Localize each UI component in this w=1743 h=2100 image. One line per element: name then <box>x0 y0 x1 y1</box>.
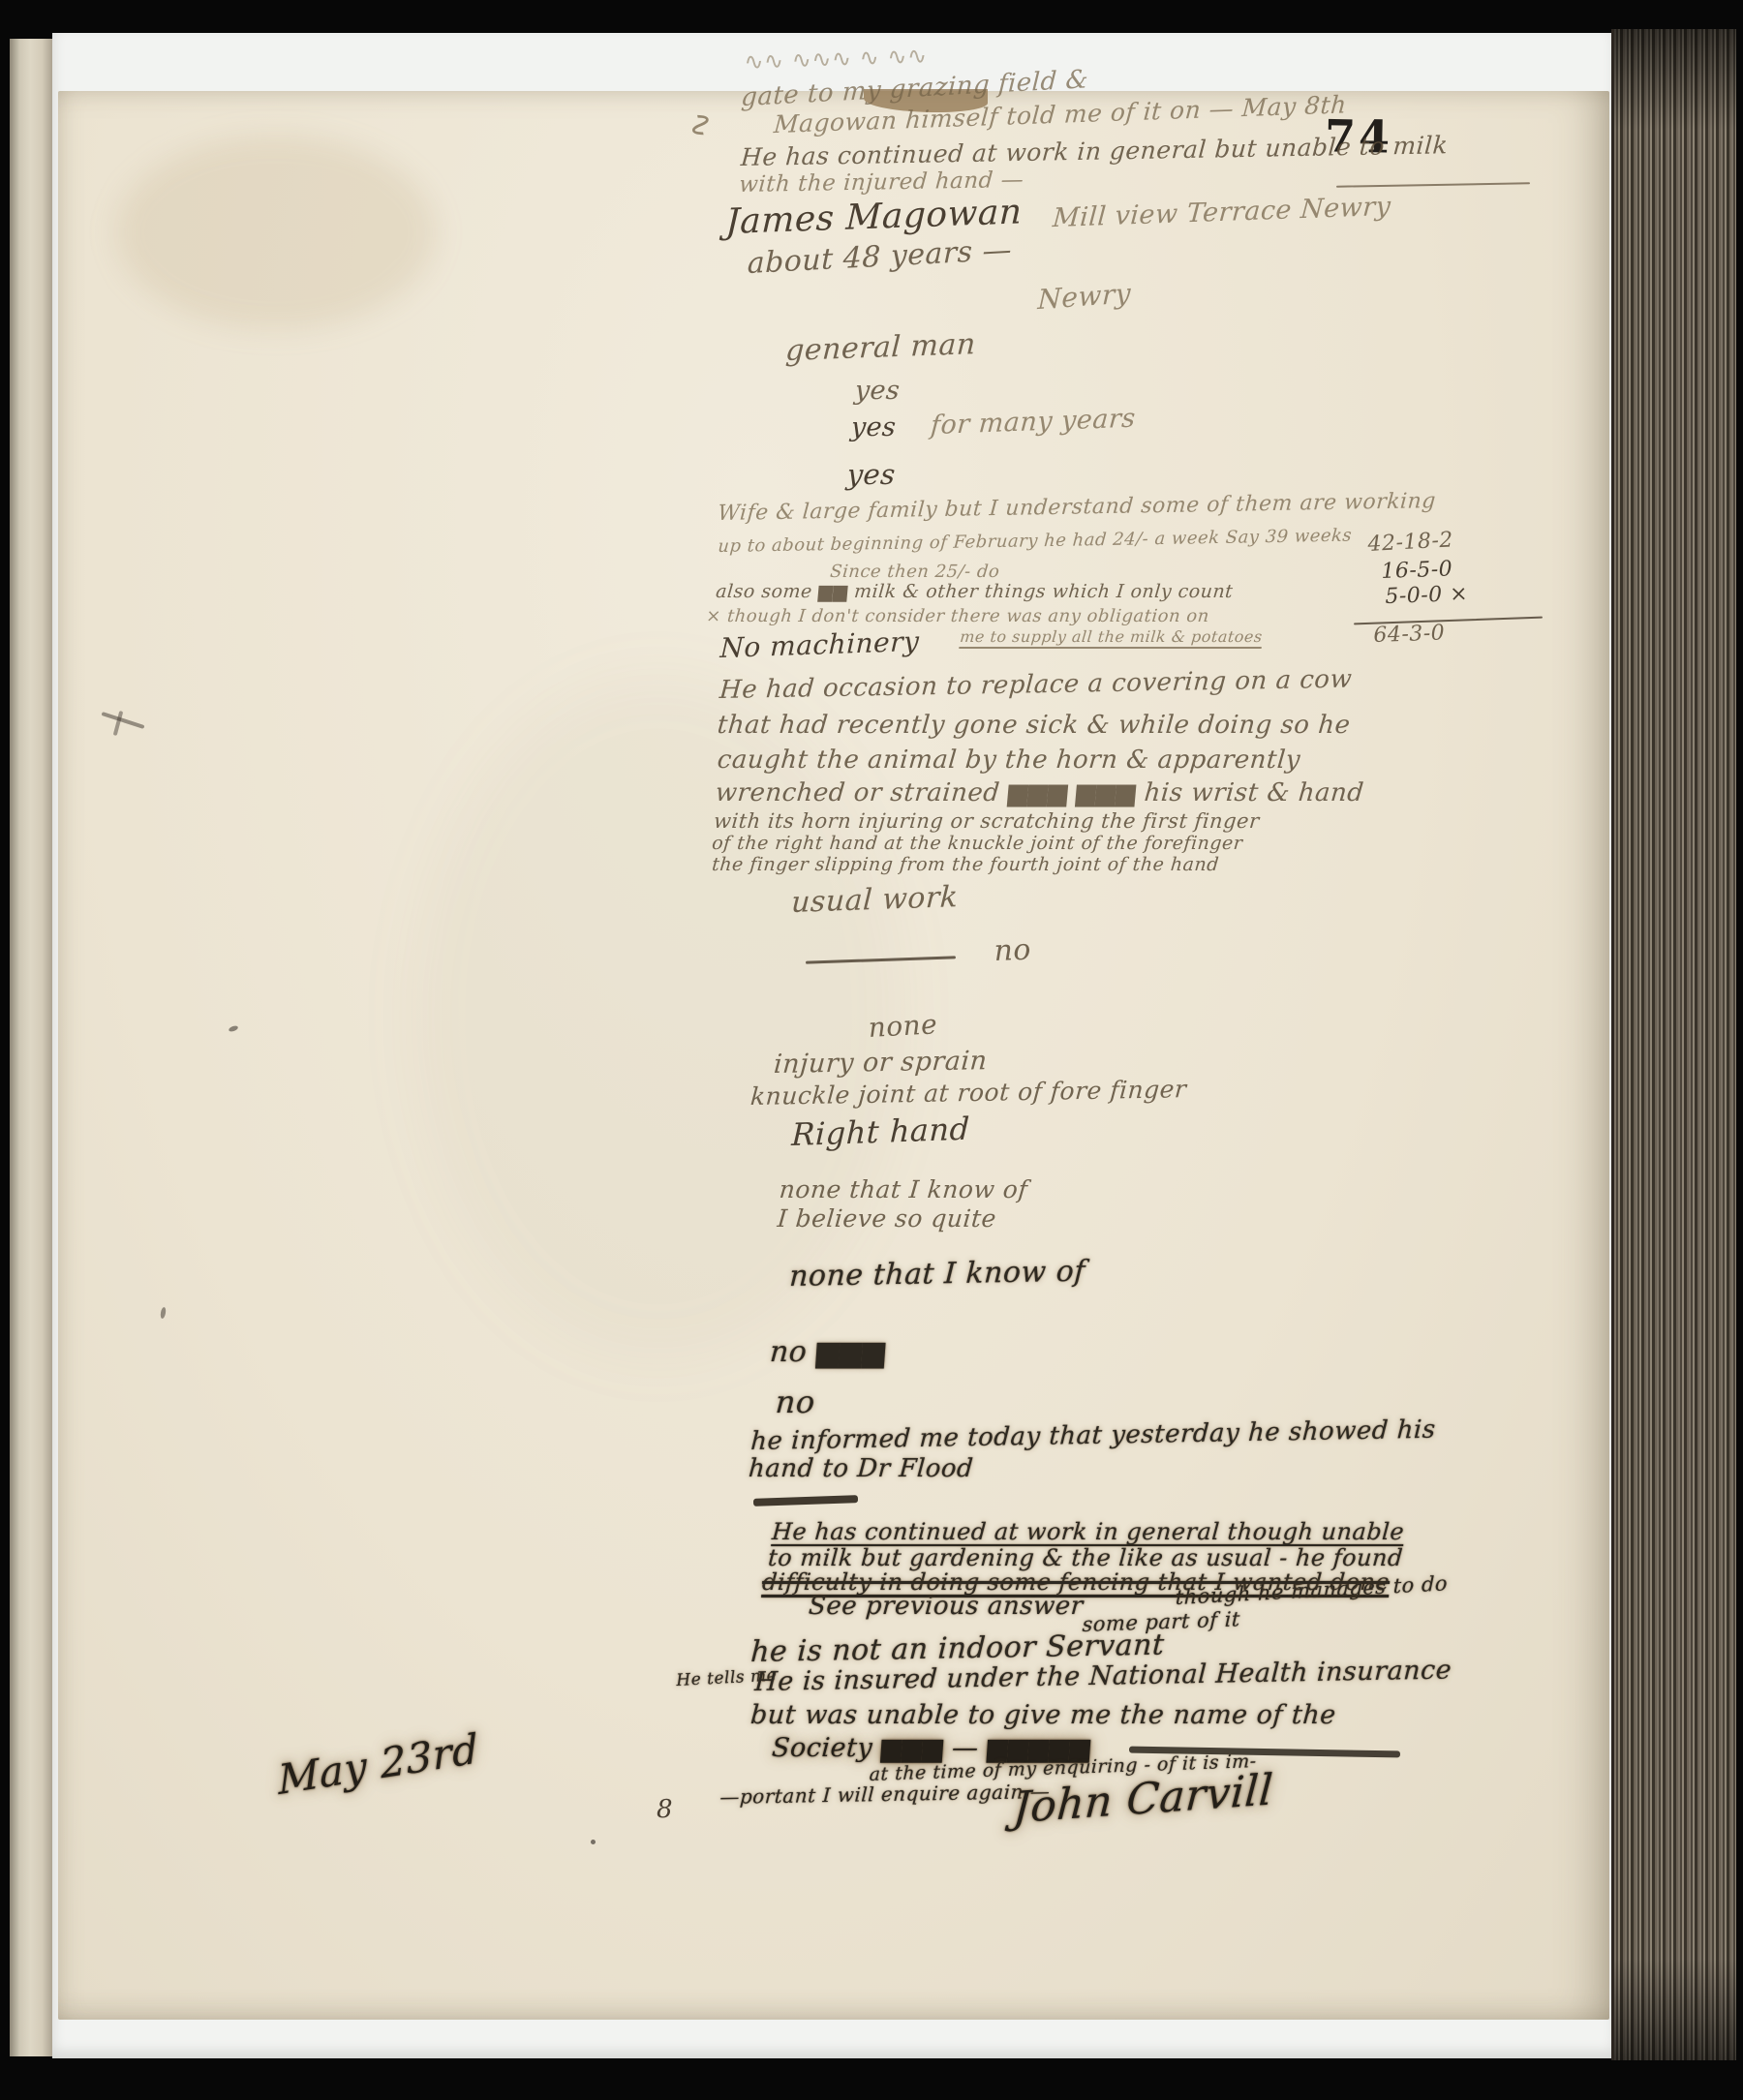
ms-line-right-hand: Right hand <box>791 1113 970 1150</box>
ms-figure-3: 5-0-0 × <box>1385 584 1469 608</box>
manuscript-photo: 74 ∿∿ ∿∿∿ ∿ ∿∿ gate to my grazing field … <box>0 0 1743 2100</box>
illegible-fragment: ∿∿ ∿∿∿ ∿ ∿∿ <box>744 44 928 74</box>
ms-line-portant: —portant I will enquire again — <box>719 1781 1051 1807</box>
ms-interline-note: me to supply all the milk & potatoes <box>960 629 1264 645</box>
ms-line-usual-work: usual work <box>790 883 959 918</box>
ms-figure-total: 64-3-0 <box>1373 623 1446 647</box>
ms-para-2: that had recently gone sick & while doin… <box>717 713 1352 738</box>
ms-line-town: Newry <box>1037 280 1131 314</box>
ms-line-believe: I believe so quite <box>777 1206 997 1231</box>
ms-line-knuckle: knuckle joint at root of fore finger <box>749 1077 1187 1109</box>
facing-page-edge <box>10 39 56 2056</box>
ms-para-7: the finger slipping from the fourth join… <box>711 856 1219 874</box>
ms-line-injury: injury or sprain <box>773 1048 988 1078</box>
ms-line-wages-2: Since then 25/- do <box>829 563 1000 581</box>
ms-line-no-machinery: No machinery <box>719 628 920 662</box>
ms-para-5: with its horn injuring or scratching the… <box>713 811 1260 832</box>
ms-figure-1: 42-18-2 <box>1367 530 1453 556</box>
ms-line-occupation: general man <box>784 330 976 366</box>
ms-line-obligation: × though I don't consider there was any … <box>705 608 1209 625</box>
ms-line-no-blot: no ▆▆▆ <box>769 1338 886 1367</box>
ms-block-1: He has continued at work in general thou… <box>771 1520 1405 1543</box>
ms-line-none-3: none that I know of <box>788 1258 1086 1292</box>
margin-squiggle: ∿ <box>683 108 720 141</box>
ms-line-no-2: no <box>775 1386 816 1417</box>
ms-para-6: of the right hand at the knuckle joint o… <box>711 835 1243 853</box>
ms-line-unable-name: but was unable to give me the name of th… <box>749 1702 1337 1728</box>
ink-speck <box>591 1840 596 1844</box>
ms-line-yes-3: yes <box>845 461 896 489</box>
ms-line-for-many-years: for many years <box>930 406 1137 439</box>
ms-figure-2: 16-5-0 <box>1381 559 1453 583</box>
ms-line-no-1: no <box>994 936 1031 966</box>
paper-stain <box>116 136 436 329</box>
ms-line-wages-3: also some ▆▆ milk & other things which I… <box>715 583 1234 601</box>
ms-line-yes-1: yes <box>854 378 902 404</box>
ms-block-2: to milk but gardening & the like as usua… <box>767 1546 1403 1569</box>
ms-line-informed-2: hand to Dr Flood <box>748 1456 974 1481</box>
ms-para-4: wrenched or strained ▆▆▆ ▆▆▆ his wrist &… <box>715 780 1365 806</box>
ms-line-none-1: none <box>868 1011 938 1042</box>
ms-para-3: caught the animal by the horn & apparent… <box>717 747 1301 773</box>
ms-line-none-2: none that I know of <box>779 1177 1029 1202</box>
ms-line-yes-2: yes <box>850 414 898 441</box>
footnote-mark: 8 <box>657 1797 673 1822</box>
book-fore-edge <box>1611 29 1736 2060</box>
ms-block-4: See previous answer <box>808 1594 1084 1619</box>
